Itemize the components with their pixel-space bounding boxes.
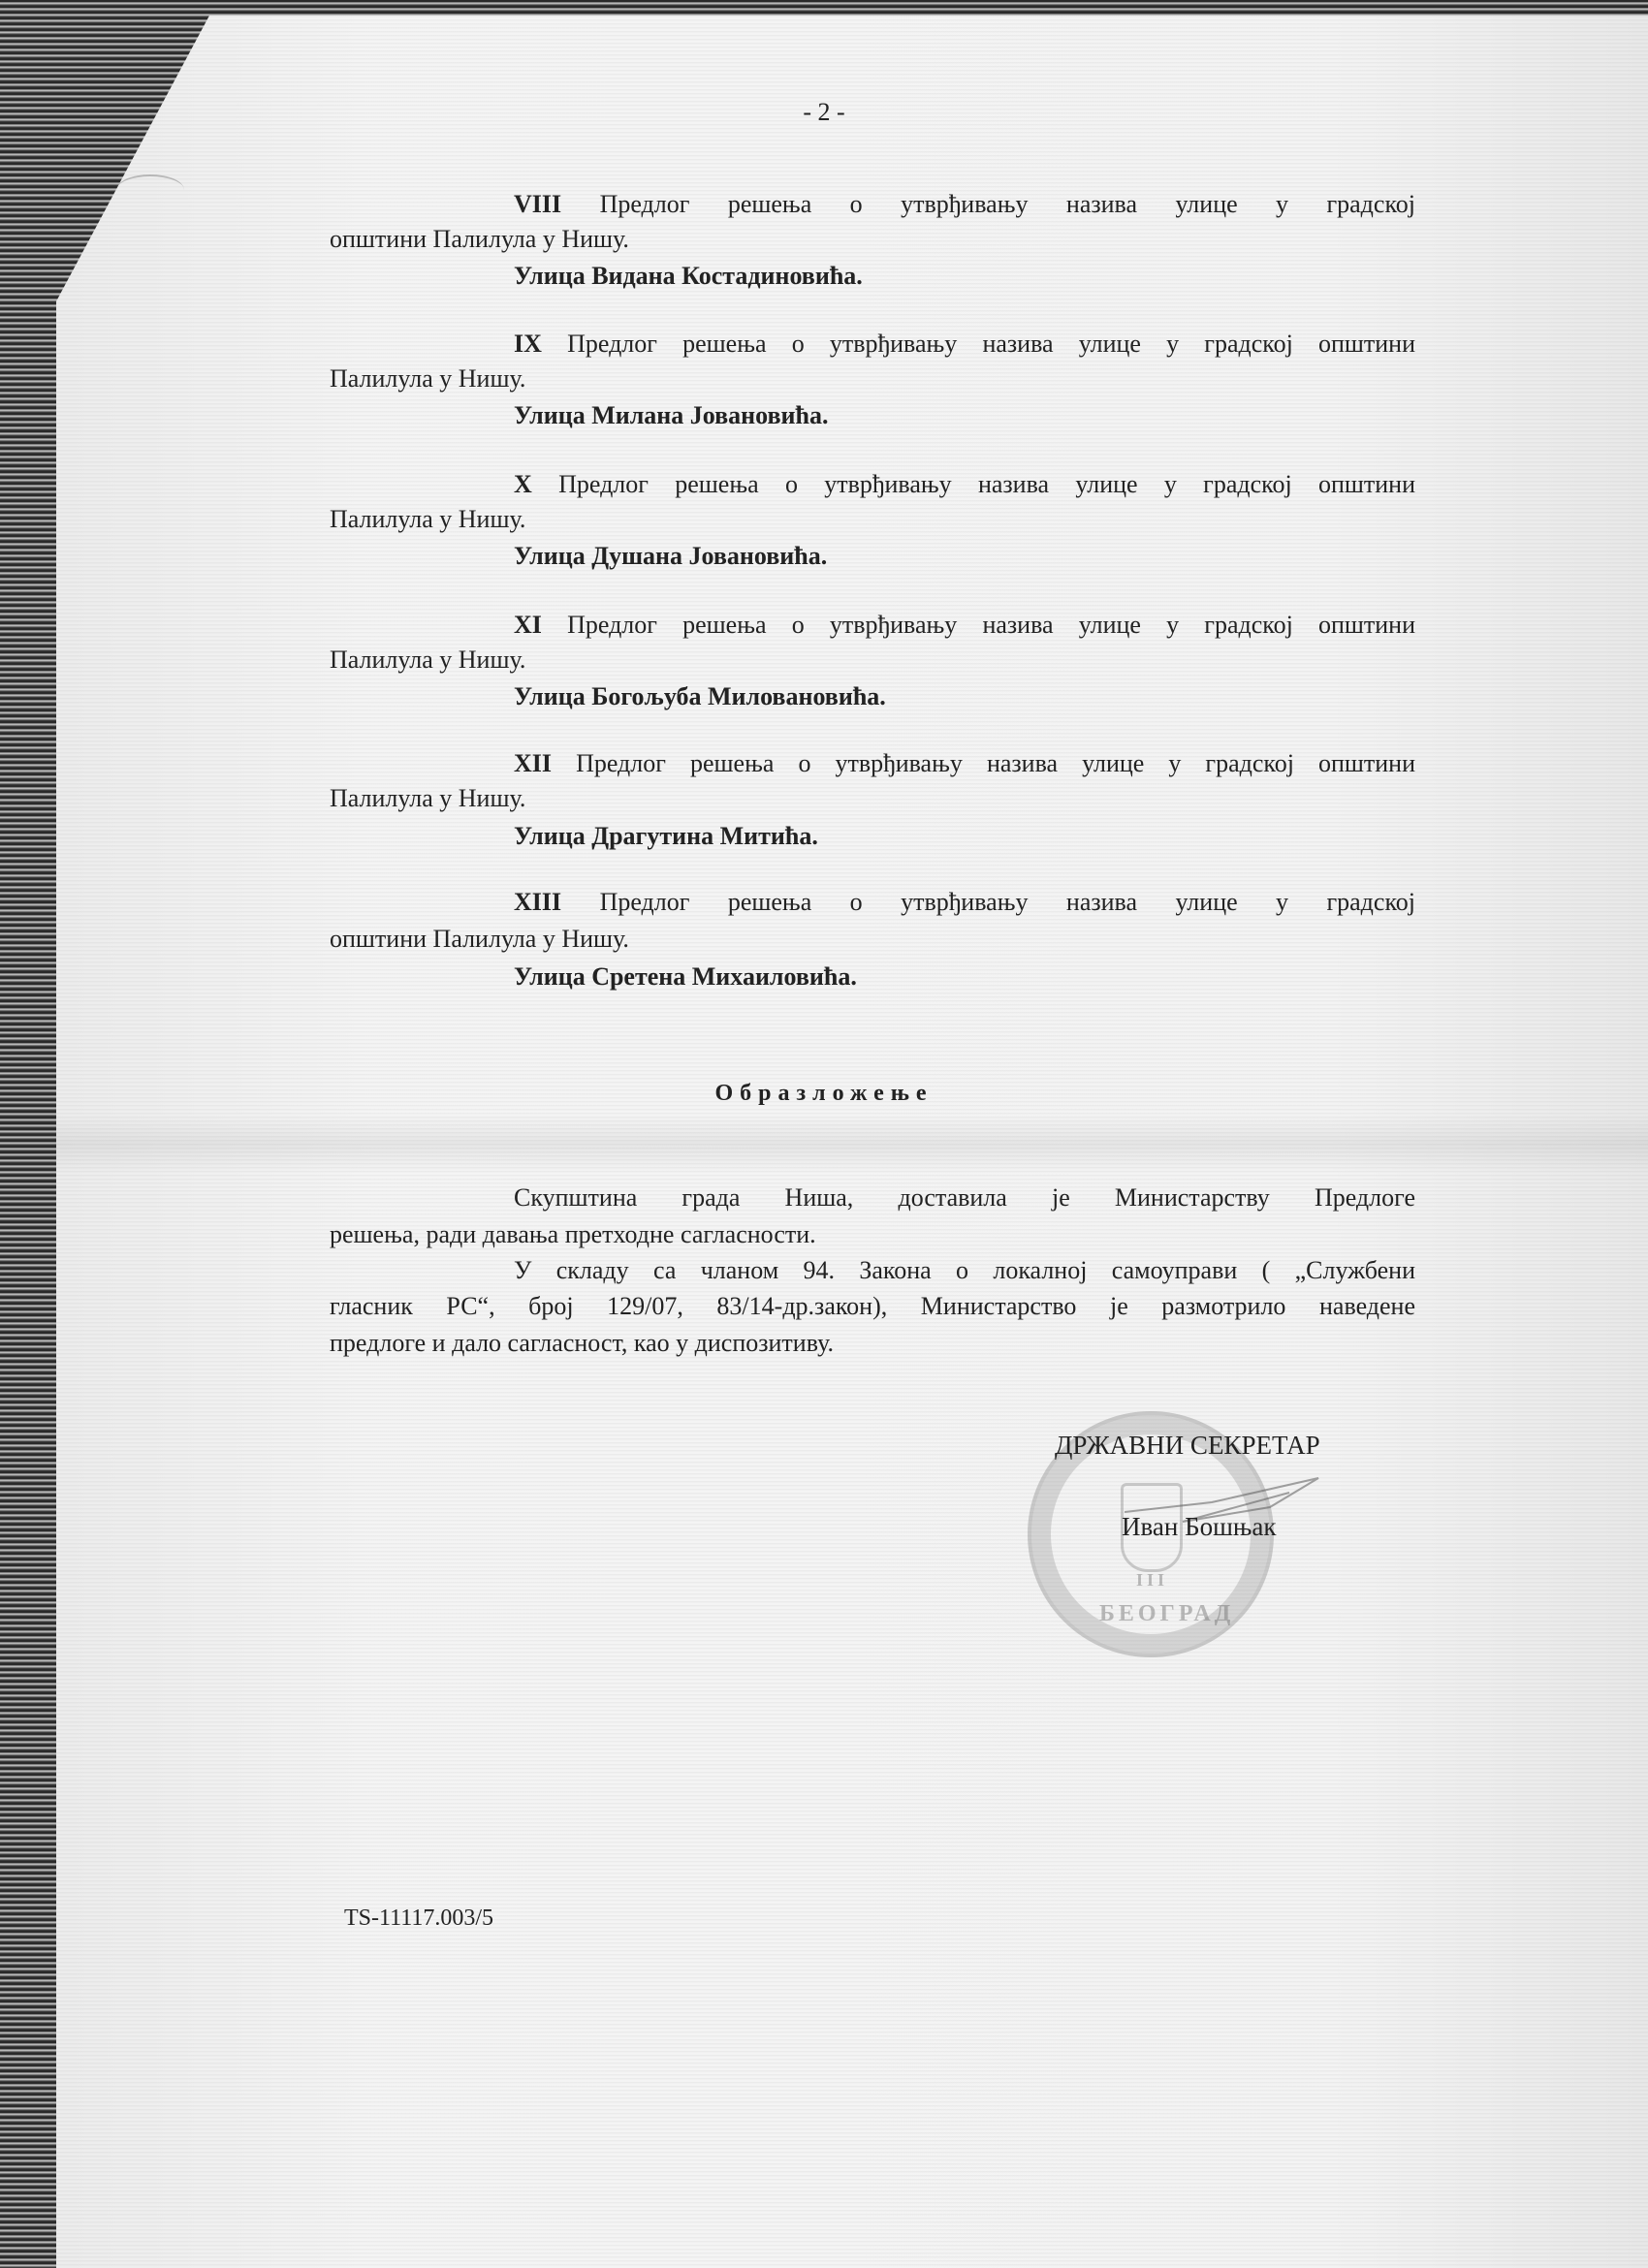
- item-line2: општини Палилула у Нишу.: [330, 927, 629, 952]
- item-line2: општини Палилула у Нишу.: [330, 227, 629, 252]
- page-number: - 2 -: [0, 100, 1648, 125]
- street-name: Улица Драгутина Митића.: [514, 824, 818, 849]
- signatory-title: ДРЖАВНИ СЕКРЕТАР: [1055, 1433, 1320, 1459]
- item-text: Предлог решења о утврђивању назива улице…: [567, 611, 1415, 639]
- explanation-p2-line1: У складу са чланом 94. Закона о локалној…: [514, 1258, 1415, 1283]
- item-line1: VIII Предлог решења о утврђивању назива …: [514, 192, 1415, 217]
- corner-crease: [116, 174, 184, 205]
- item-text: Предлог решења о утврђивању назива улице…: [576, 749, 1415, 777]
- street-name: Улица Богољуба Миловановића.: [514, 684, 886, 709]
- item-numeral: IX: [514, 330, 542, 358]
- stamp-number: III: [1136, 1570, 1168, 1591]
- item-numeral: XII: [514, 749, 552, 777]
- paper-fold: [56, 1115, 1648, 1173]
- street-name: Улица Душана Јовановића.: [514, 544, 827, 569]
- item-line1: X Предлог решења о утврђивању назива ули…: [514, 472, 1415, 497]
- signatory-name: Иван Бошњак: [1122, 1514, 1277, 1540]
- explanation-p2-line3: предлоге и дало сагласност, као у диспоз…: [330, 1331, 834, 1356]
- item-line1: XI Предлог решења о утврђивању назива ул…: [514, 613, 1415, 638]
- item-line1: IX Предлог решења о утврђивању назива ул…: [514, 331, 1415, 357]
- item-text: Предлог решења о утврђивању назива улице…: [600, 888, 1415, 916]
- item-numeral: XI: [514, 611, 542, 639]
- item-numeral: X: [514, 470, 532, 498]
- item-numeral: VIII: [514, 190, 561, 218]
- item-numeral: XIII: [514, 888, 561, 916]
- item-text: Предлог решења о утврђивању назива улице…: [567, 330, 1415, 358]
- item-line2: Палилула у Нишу.: [330, 786, 525, 811]
- item-line1: XII Предлог решења о утврђивању назива у…: [514, 751, 1415, 776]
- street-name: Улица Видана Костадиновића.: [514, 264, 863, 289]
- explanation-p1-line1: Скупштина града Ниша, доставила је Минис…: [514, 1185, 1415, 1211]
- item-text: Предлог решења о утврђивању назива улице…: [558, 470, 1415, 498]
- item-text: Предлог решења о утврђивању назива улице…: [600, 190, 1415, 218]
- item-line2: Палилула у Нишу.: [330, 647, 525, 673]
- reference-code: TS-11117.003/5: [344, 1906, 493, 1930]
- street-name: Улица Сретена Михаиловића.: [514, 964, 857, 990]
- street-name: Улица Милана Јовановића.: [514, 403, 829, 428]
- explanation-p1-line2: решења, ради давања претходне сагласност…: [330, 1222, 816, 1247]
- item-line2: Палилула у Нишу.: [330, 366, 525, 392]
- stamp-city: БЕОГРАД: [1099, 1601, 1234, 1627]
- item-line2: Палилула у Нишу.: [330, 507, 525, 532]
- item-line1: XIII Предлог решења о утврђивању назива …: [514, 890, 1415, 915]
- section-heading: Образложење: [0, 1082, 1648, 1105]
- explanation-p2-line2: гласник РС“, број 129/07, 83/14-др.закон…: [330, 1294, 1415, 1319]
